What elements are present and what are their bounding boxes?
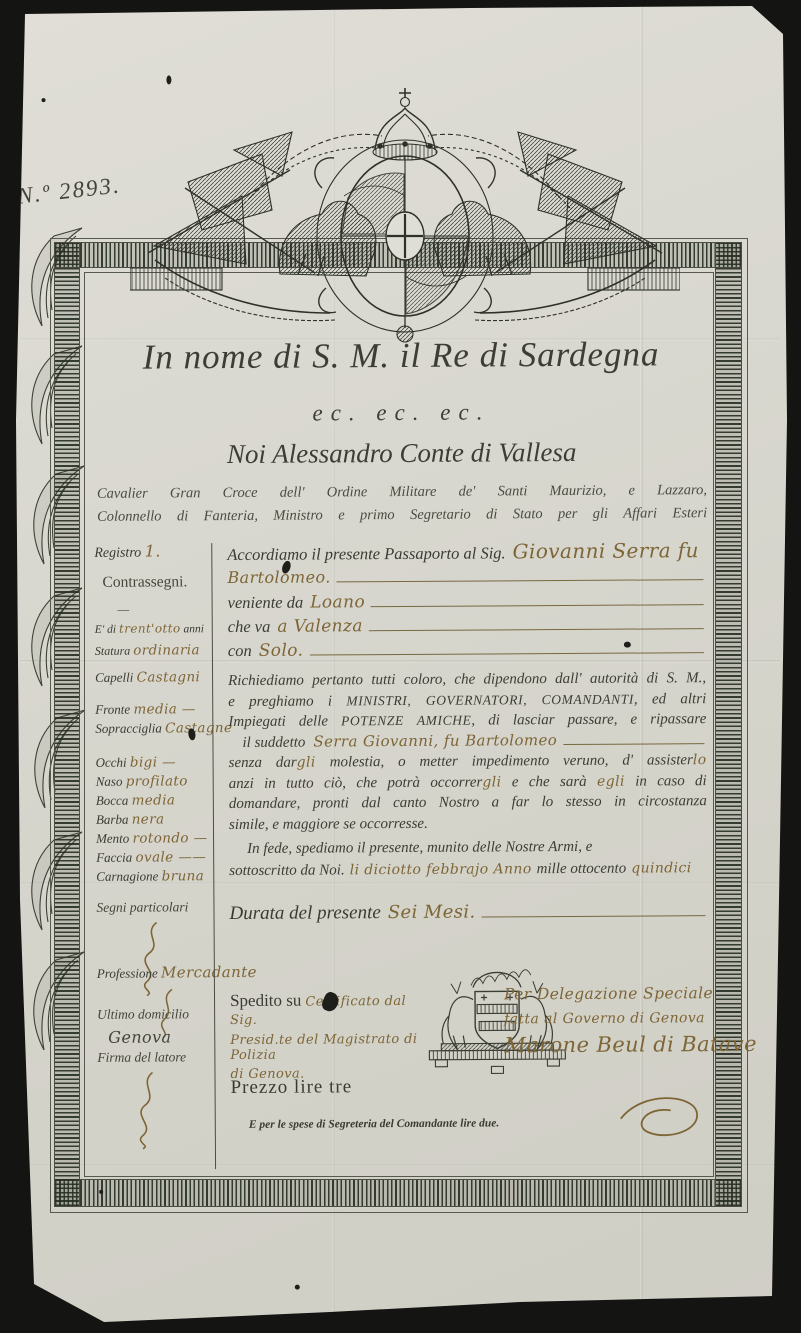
- descriptor-value: trent'otto: [119, 621, 181, 635]
- grant-line-4: che va a Valenza: [228, 614, 706, 637]
- etcetera-line: ec. ec. ec.: [94, 398, 708, 428]
- contrassegni-dash: —: [118, 601, 236, 618]
- descriptor-label: Barba: [96, 812, 129, 827]
- descriptor-label: Fronte: [95, 702, 130, 717]
- durata-value-hand: Sei Mesi.: [388, 902, 476, 924]
- fill-in-rule: [563, 743, 704, 745]
- body-text: e preghiamo i: [228, 693, 346, 710]
- attest-printed: sottoscritto da Noi.: [229, 860, 345, 881]
- passport-document: N.º 2893. In nome di S. M. il Re di Sard…: [0, 0, 801, 1333]
- attest-printed: mille ottocento: [537, 859, 627, 880]
- hand-insert: lo: [693, 752, 707, 768]
- register-row: Registro 1.: [94, 541, 212, 562]
- descriptor-value: profilato: [126, 773, 188, 789]
- descriptor-value: nera: [132, 811, 165, 827]
- descriptor-label: E' di: [95, 624, 116, 636]
- fill-in-rule: [337, 579, 704, 582]
- descriptor-label: Occhi: [96, 755, 127, 770]
- descriptor-row: Statura ordinaria: [95, 642, 213, 659]
- attest-line-2: sottoscritto da Noi. li diciotto febbraj…: [229, 858, 707, 881]
- body-line-8: simile, e maggiore se occorresse.: [229, 812, 707, 835]
- body-text: , ed altri: [634, 691, 706, 707]
- descriptor-value: media: [131, 792, 175, 808]
- body-text: il suddetto: [228, 732, 305, 753]
- attest-line-1: In fede, spediamo il presente, munito de…: [229, 836, 707, 859]
- descriptor-row: Fronte media —: [95, 701, 213, 718]
- body-text: in caso di: [625, 773, 707, 789]
- descriptor-label: Faccia: [96, 850, 132, 865]
- pen-flourish-icon: [132, 1069, 162, 1149]
- body-text: Impiegati delle: [228, 713, 341, 730]
- descriptor-label: Capelli: [95, 670, 133, 685]
- descriptor-label: Mento: [96, 831, 129, 846]
- secretary-fee-footnote: E per le spese di Segreteria del Comanda…: [249, 1117, 500, 1131]
- body-text: anzi in tutto ciò, che potrà occorrer: [229, 774, 483, 792]
- body-line-2: e preghiamo i MINISTRI, GOVERNATORI, COM…: [228, 689, 706, 712]
- descriptor-label: Naso: [96, 774, 123, 789]
- register-label: Registro: [94, 546, 141, 561]
- spedito-printed: Spedito su: [230, 991, 301, 1010]
- descriptor-row: Faccia ovale ——: [96, 849, 214, 866]
- descriptor-row: Barba nera: [96, 811, 214, 828]
- descriptor-row: Mento rotondo —: [96, 830, 214, 847]
- bearer-name-hand: Giovanni Serra fu: [513, 538, 699, 563]
- descriptor-label: Bocca: [96, 793, 129, 808]
- descriptor-row: Capelli Castagni: [95, 669, 213, 686]
- fill-in-rule: [371, 604, 704, 607]
- grant-line-3: veniente da Loano: [228, 590, 706, 613]
- body-text-caps: POTENZE AMICHE: [341, 713, 471, 729]
- body-line-7: domandare, pronti dal canto Nostro a far…: [229, 791, 707, 814]
- domicilio-value: Genova: [108, 1027, 226, 1047]
- grant-line-2: Bartolomeo.: [227, 565, 705, 587]
- royal-coat-of-arms-icon: [130, 78, 680, 346]
- register-value: 1.: [145, 541, 161, 560]
- grant-printed-text: con: [228, 641, 252, 661]
- body-line-5: senza dargli molestia, o metter impedime…: [229, 750, 707, 773]
- companions-hand: Solo.: [259, 641, 304, 661]
- descriptor-row: Sopracciglia Castagne: [95, 720, 213, 737]
- professione-value: Mercadante: [161, 963, 257, 982]
- fill-in-rule: [369, 628, 704, 631]
- fill-in-rule: [309, 652, 703, 655]
- durata-label: Durata del presente: [229, 902, 380, 925]
- descriptor-value: bruna: [162, 868, 205, 884]
- body-line-1: Richiediamo pertanto tutti coloro, che d…: [228, 668, 706, 691]
- origin-hand: Loano: [310, 592, 365, 612]
- grant-printed-text: Accordiamo il presente Passaporto al Sig…: [227, 543, 505, 565]
- segni-particolari-label: Segni particolari: [96, 899, 214, 916]
- firma-label: Firma del latore: [97, 1049, 215, 1066]
- pen-flourish-icon: [137, 919, 167, 997]
- descriptor-value: Castagni: [137, 669, 201, 685]
- body-text: , di lasciar passare, e ripassare: [471, 711, 706, 728]
- bearer-name-repeat-hand: Serra Giovanni, fu Bartolomeo: [313, 731, 557, 750]
- professione-row: Professione Mercadante: [97, 963, 215, 982]
- signature: Marone Beul di Batave: [504, 1032, 749, 1057]
- descriptor-row: Carnagione bruna: [96, 868, 214, 885]
- body-line-3: Impiegati delle POTENZE AMICHE, di lasci…: [228, 709, 706, 732]
- descriptor-value: rotondo —: [132, 830, 207, 846]
- issuer-titles-line-2: Colonnello di Fanteria, Ministro e primo…: [97, 505, 707, 526]
- descriptor-row: Occhi bigi —: [96, 754, 214, 771]
- delegation-hand-2: fatta al Governo di Genova: [504, 1010, 749, 1027]
- dispatch-right-block: Per Delegazione Speciale fatta al Govern…: [504, 984, 749, 1057]
- descriptor-suffix: anni: [183, 623, 204, 635]
- issuer-name: Noi Alessandro Conte di Vallesa: [95, 436, 709, 471]
- descriptor-value: ovale ——: [135, 849, 206, 865]
- hand-insert: gli: [297, 755, 316, 771]
- certificate-hand-2: Presid.te del Magistrato di Polizia: [230, 1032, 425, 1063]
- ink-speck: [624, 642, 631, 648]
- document-number: N.º 2893.: [16, 172, 122, 209]
- year-hand: quindici: [631, 860, 692, 876]
- ink-speck: [295, 1285, 300, 1290]
- descriptor-value: Castagne: [165, 720, 232, 736]
- descriptor-row: Naso profilato: [96, 773, 214, 790]
- ink-speck: [99, 1190, 103, 1194]
- body-text-caps: MINISTRI, GOVERNATORI, COMANDANTI: [346, 691, 634, 708]
- descriptor-label: Statura: [95, 644, 130, 658]
- durata-line: Durata del presente Sei Mesi.: [229, 900, 707, 925]
- fill-in-rule: [482, 915, 706, 917]
- price-line: Prezzo lire tre: [231, 1074, 709, 1099]
- bearer-father-name-hand: Bartolomeo.: [227, 567, 330, 587]
- body-line-6: anzi in tutto ciò, che potrà occorrergli…: [229, 771, 707, 794]
- hand-insert: egli: [597, 773, 625, 789]
- grant-printed-text: veniente da: [228, 593, 304, 613]
- delegation-hand-1: Per Delegazione Speciale: [504, 984, 749, 1003]
- body-text: senza dar: [229, 755, 297, 771]
- body-line-4: il suddetto Serra Giovanni, fu Bartolome…: [228, 730, 706, 753]
- body-text: e che sarà: [501, 773, 597, 790]
- grant-line-1: Accordiamo il presente Passaporto al Sig…: [227, 538, 705, 565]
- body-text: molestia, o metter impedimento veruno, d…: [316, 752, 693, 770]
- contrassegni-label: Contrassegni.: [102, 573, 220, 592]
- descriptor-value: ordinaria: [133, 642, 200, 658]
- issuer-titles-line-1: Cavalier Gran Croce dell' Ordine Militar…: [97, 482, 707, 503]
- descriptor-label: Sopracciglia: [95, 720, 162, 735]
- domicilio-label: Ultimo domicilio: [97, 1006, 215, 1023]
- date-hand: li diciotto febbrajo Anno: [350, 861, 532, 878]
- professione-label: Professione: [97, 965, 158, 980]
- grant-line-5: con Solo.: [228, 638, 706, 661]
- destination-hand: a Valenza: [277, 616, 363, 637]
- descriptor-row: E' di trent'otto anni: [95, 621, 213, 636]
- price-text: Prezzo lire tre: [231, 1076, 353, 1098]
- descriptor-value: bigi —: [130, 754, 176, 770]
- hand-insert: gli: [482, 774, 501, 790]
- ink-speck: [42, 98, 46, 102]
- descriptor-label: Carnagione: [96, 868, 158, 883]
- descriptor-value: media —: [133, 701, 195, 717]
- grant-printed-text: che va: [228, 617, 271, 637]
- descriptor-row: Bocca media: [96, 792, 214, 809]
